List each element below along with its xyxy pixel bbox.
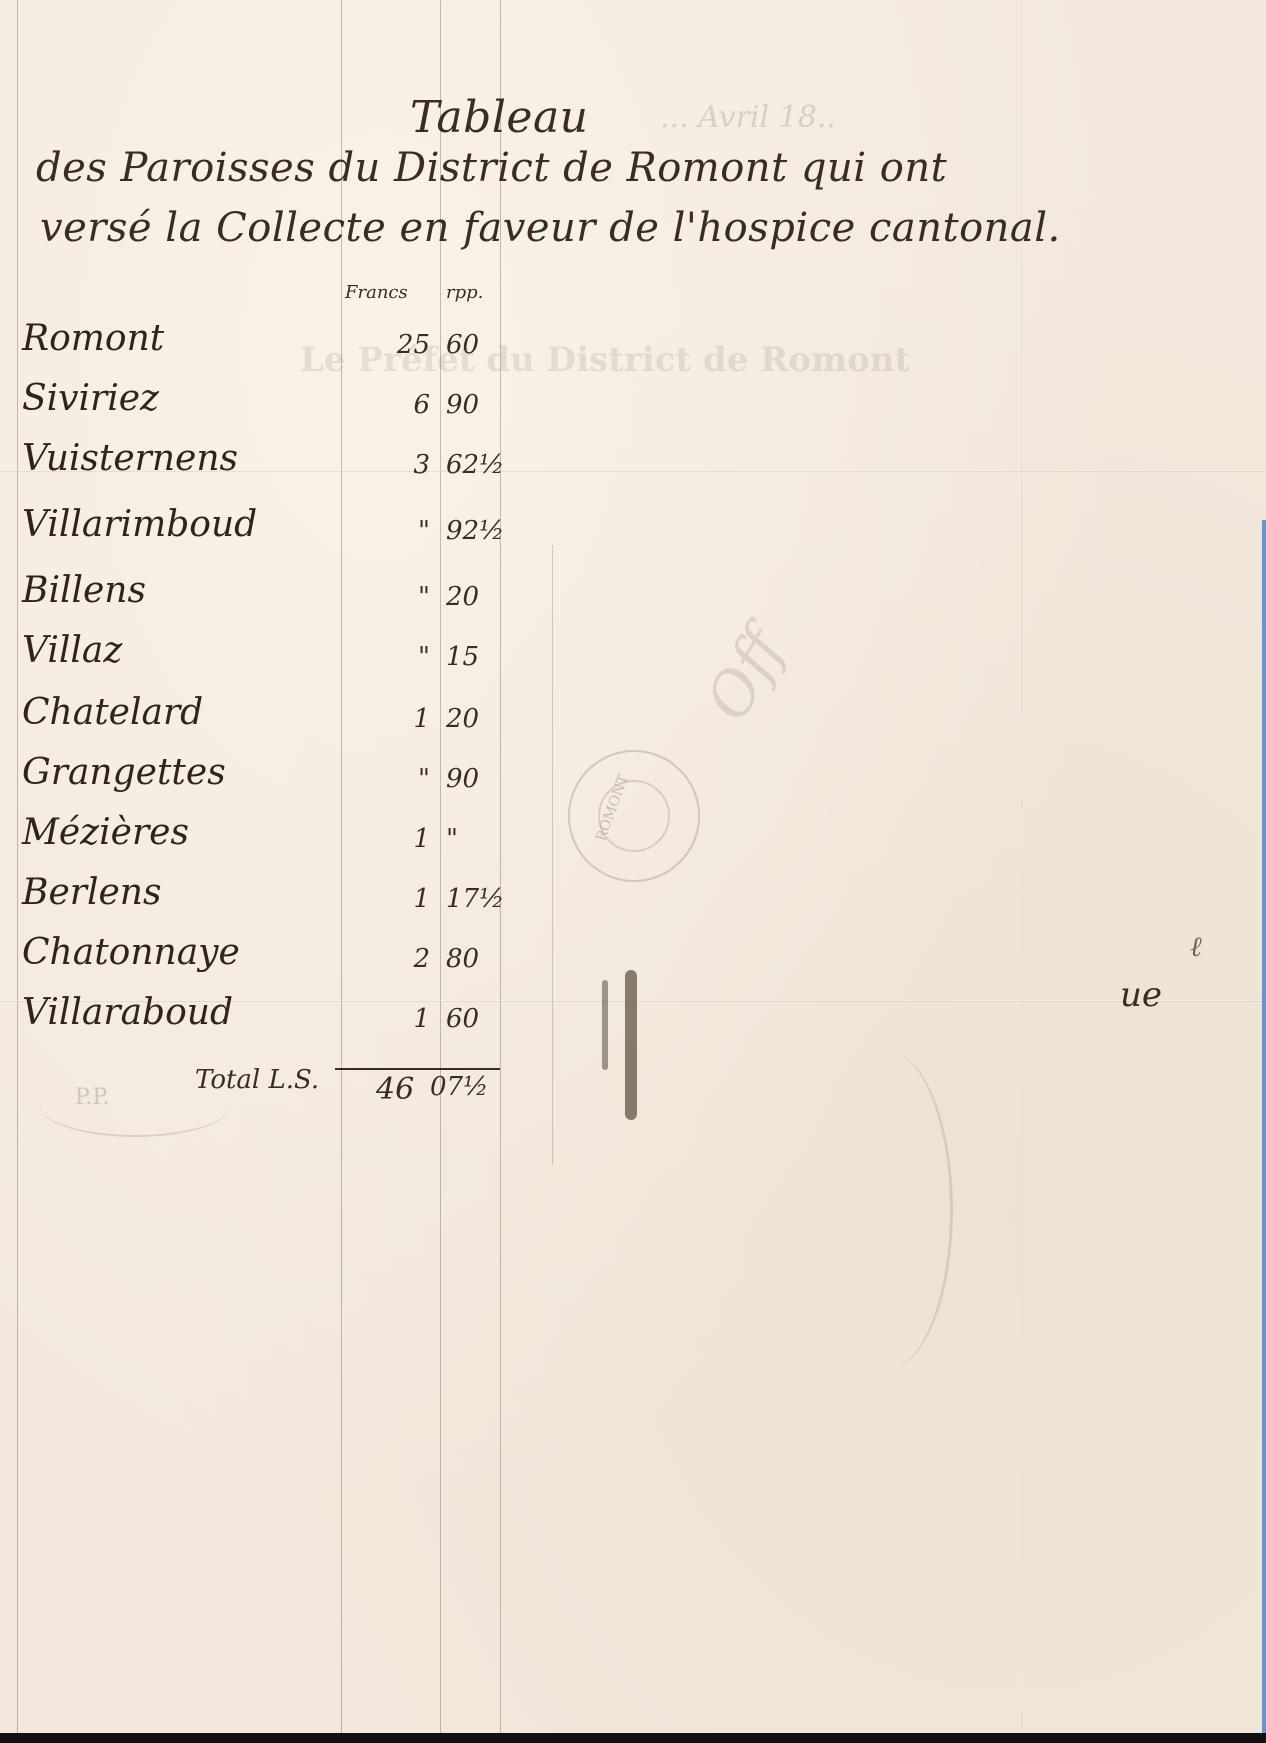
parish-name: Romont bbox=[22, 318, 164, 359]
table-row: Romont 25 60 bbox=[0, 318, 510, 376]
table-row: Grangettes " 90 bbox=[0, 752, 510, 810]
amount-rappen: 60 bbox=[446, 1004, 502, 1034]
scan-edge bbox=[1262, 520, 1266, 1733]
scan-border bbox=[0, 1733, 1266, 1743]
amount-francs: 25 bbox=[344, 330, 430, 360]
amount-rappen: 15 bbox=[446, 642, 502, 672]
amount-rappen: 17½ bbox=[446, 884, 502, 914]
table-row: Chatonnaye 2 80 bbox=[0, 932, 510, 990]
ink-fragment: ℓ bbox=[1190, 930, 1202, 964]
ink-blot-mark bbox=[625, 970, 637, 1120]
amount-francs: 1 bbox=[344, 884, 430, 914]
amount-rappen: 60 bbox=[446, 330, 502, 360]
amount-rappen: " bbox=[446, 824, 502, 854]
amount-francs: " bbox=[344, 516, 430, 546]
amount-francs: 1 bbox=[344, 1004, 430, 1034]
parish-name: Berlens bbox=[22, 872, 161, 913]
table-row: Mézières 1 " bbox=[0, 812, 510, 870]
amount-francs: 2 bbox=[344, 944, 430, 974]
parish-name: Vuisternens bbox=[22, 438, 238, 479]
amount-francs: " bbox=[344, 582, 430, 612]
amount-rappen: 20 bbox=[446, 704, 502, 734]
parish-name: Villarimboud bbox=[22, 504, 257, 545]
parish-name: Grangettes bbox=[22, 752, 226, 793]
amount-francs: " bbox=[344, 642, 430, 672]
ink-blot-mark bbox=[602, 980, 608, 1070]
parish-name: Chatonnaye bbox=[22, 932, 240, 973]
column-header-rappen: rpp. bbox=[446, 282, 483, 303]
amount-rappen: 80 bbox=[446, 944, 502, 974]
total-francs: 46 bbox=[376, 1072, 414, 1107]
faded-vertical-line bbox=[552, 545, 553, 1165]
document-title: Tableau bbox=[410, 92, 589, 143]
table-row: Villarimboud " 92½ bbox=[0, 504, 510, 562]
document-subtitle-line1: des Paroisses du District de Romont qui … bbox=[36, 145, 947, 191]
amount-rappen: 90 bbox=[446, 390, 502, 420]
faded-oval-mark bbox=[820, 1050, 953, 1370]
parish-name: Villaz bbox=[22, 630, 122, 671]
parish-name: Mézières bbox=[22, 812, 189, 853]
parish-name: Siviriez bbox=[22, 378, 159, 419]
amount-francs: 1 bbox=[344, 824, 430, 854]
total-rappen: 07½ bbox=[430, 1072, 488, 1102]
amount-rappen: 90 bbox=[446, 764, 502, 794]
amount-francs: 1 bbox=[344, 704, 430, 734]
table-row: Siviriez 6 90 bbox=[0, 378, 510, 436]
column-header-francs: Francs bbox=[345, 282, 408, 303]
ink-fragment: ue bbox=[1120, 975, 1162, 1015]
total-underline bbox=[335, 1068, 500, 1070]
amount-francs: 3 bbox=[344, 450, 430, 480]
postmark-stamp bbox=[568, 750, 700, 882]
table-row: Villaz " 15 bbox=[0, 630, 510, 688]
amount-francs: " bbox=[344, 764, 430, 794]
total-label: Total L.S. bbox=[195, 1065, 319, 1095]
parish-name: Villaraboud bbox=[22, 992, 233, 1033]
table-row: Billens " 20 bbox=[0, 570, 510, 628]
fold-crease-vertical bbox=[1020, 0, 1022, 1733]
amount-rappen: 62½ bbox=[446, 450, 502, 480]
document-subtitle-line2: versé la Collecte en faveur de l'hospice… bbox=[40, 205, 1061, 251]
table-row: Vuisternens 3 62½ bbox=[0, 438, 510, 496]
faded-date-bleedthrough: ... Avril 18.. bbox=[660, 100, 836, 135]
table-row: Chatelard 1 20 bbox=[0, 692, 510, 750]
table-row: Berlens 1 17½ bbox=[0, 872, 510, 930]
amount-francs: 6 bbox=[344, 390, 430, 420]
oval-stamp-text: P.P. bbox=[75, 1085, 110, 1110]
table-row: Villaraboud 1 60 bbox=[0, 992, 510, 1050]
parish-name: Billens bbox=[22, 570, 146, 611]
parish-name: Chatelard bbox=[22, 692, 203, 733]
amount-rappen: 20 bbox=[446, 582, 502, 612]
amount-rappen: 92½ bbox=[446, 516, 502, 546]
